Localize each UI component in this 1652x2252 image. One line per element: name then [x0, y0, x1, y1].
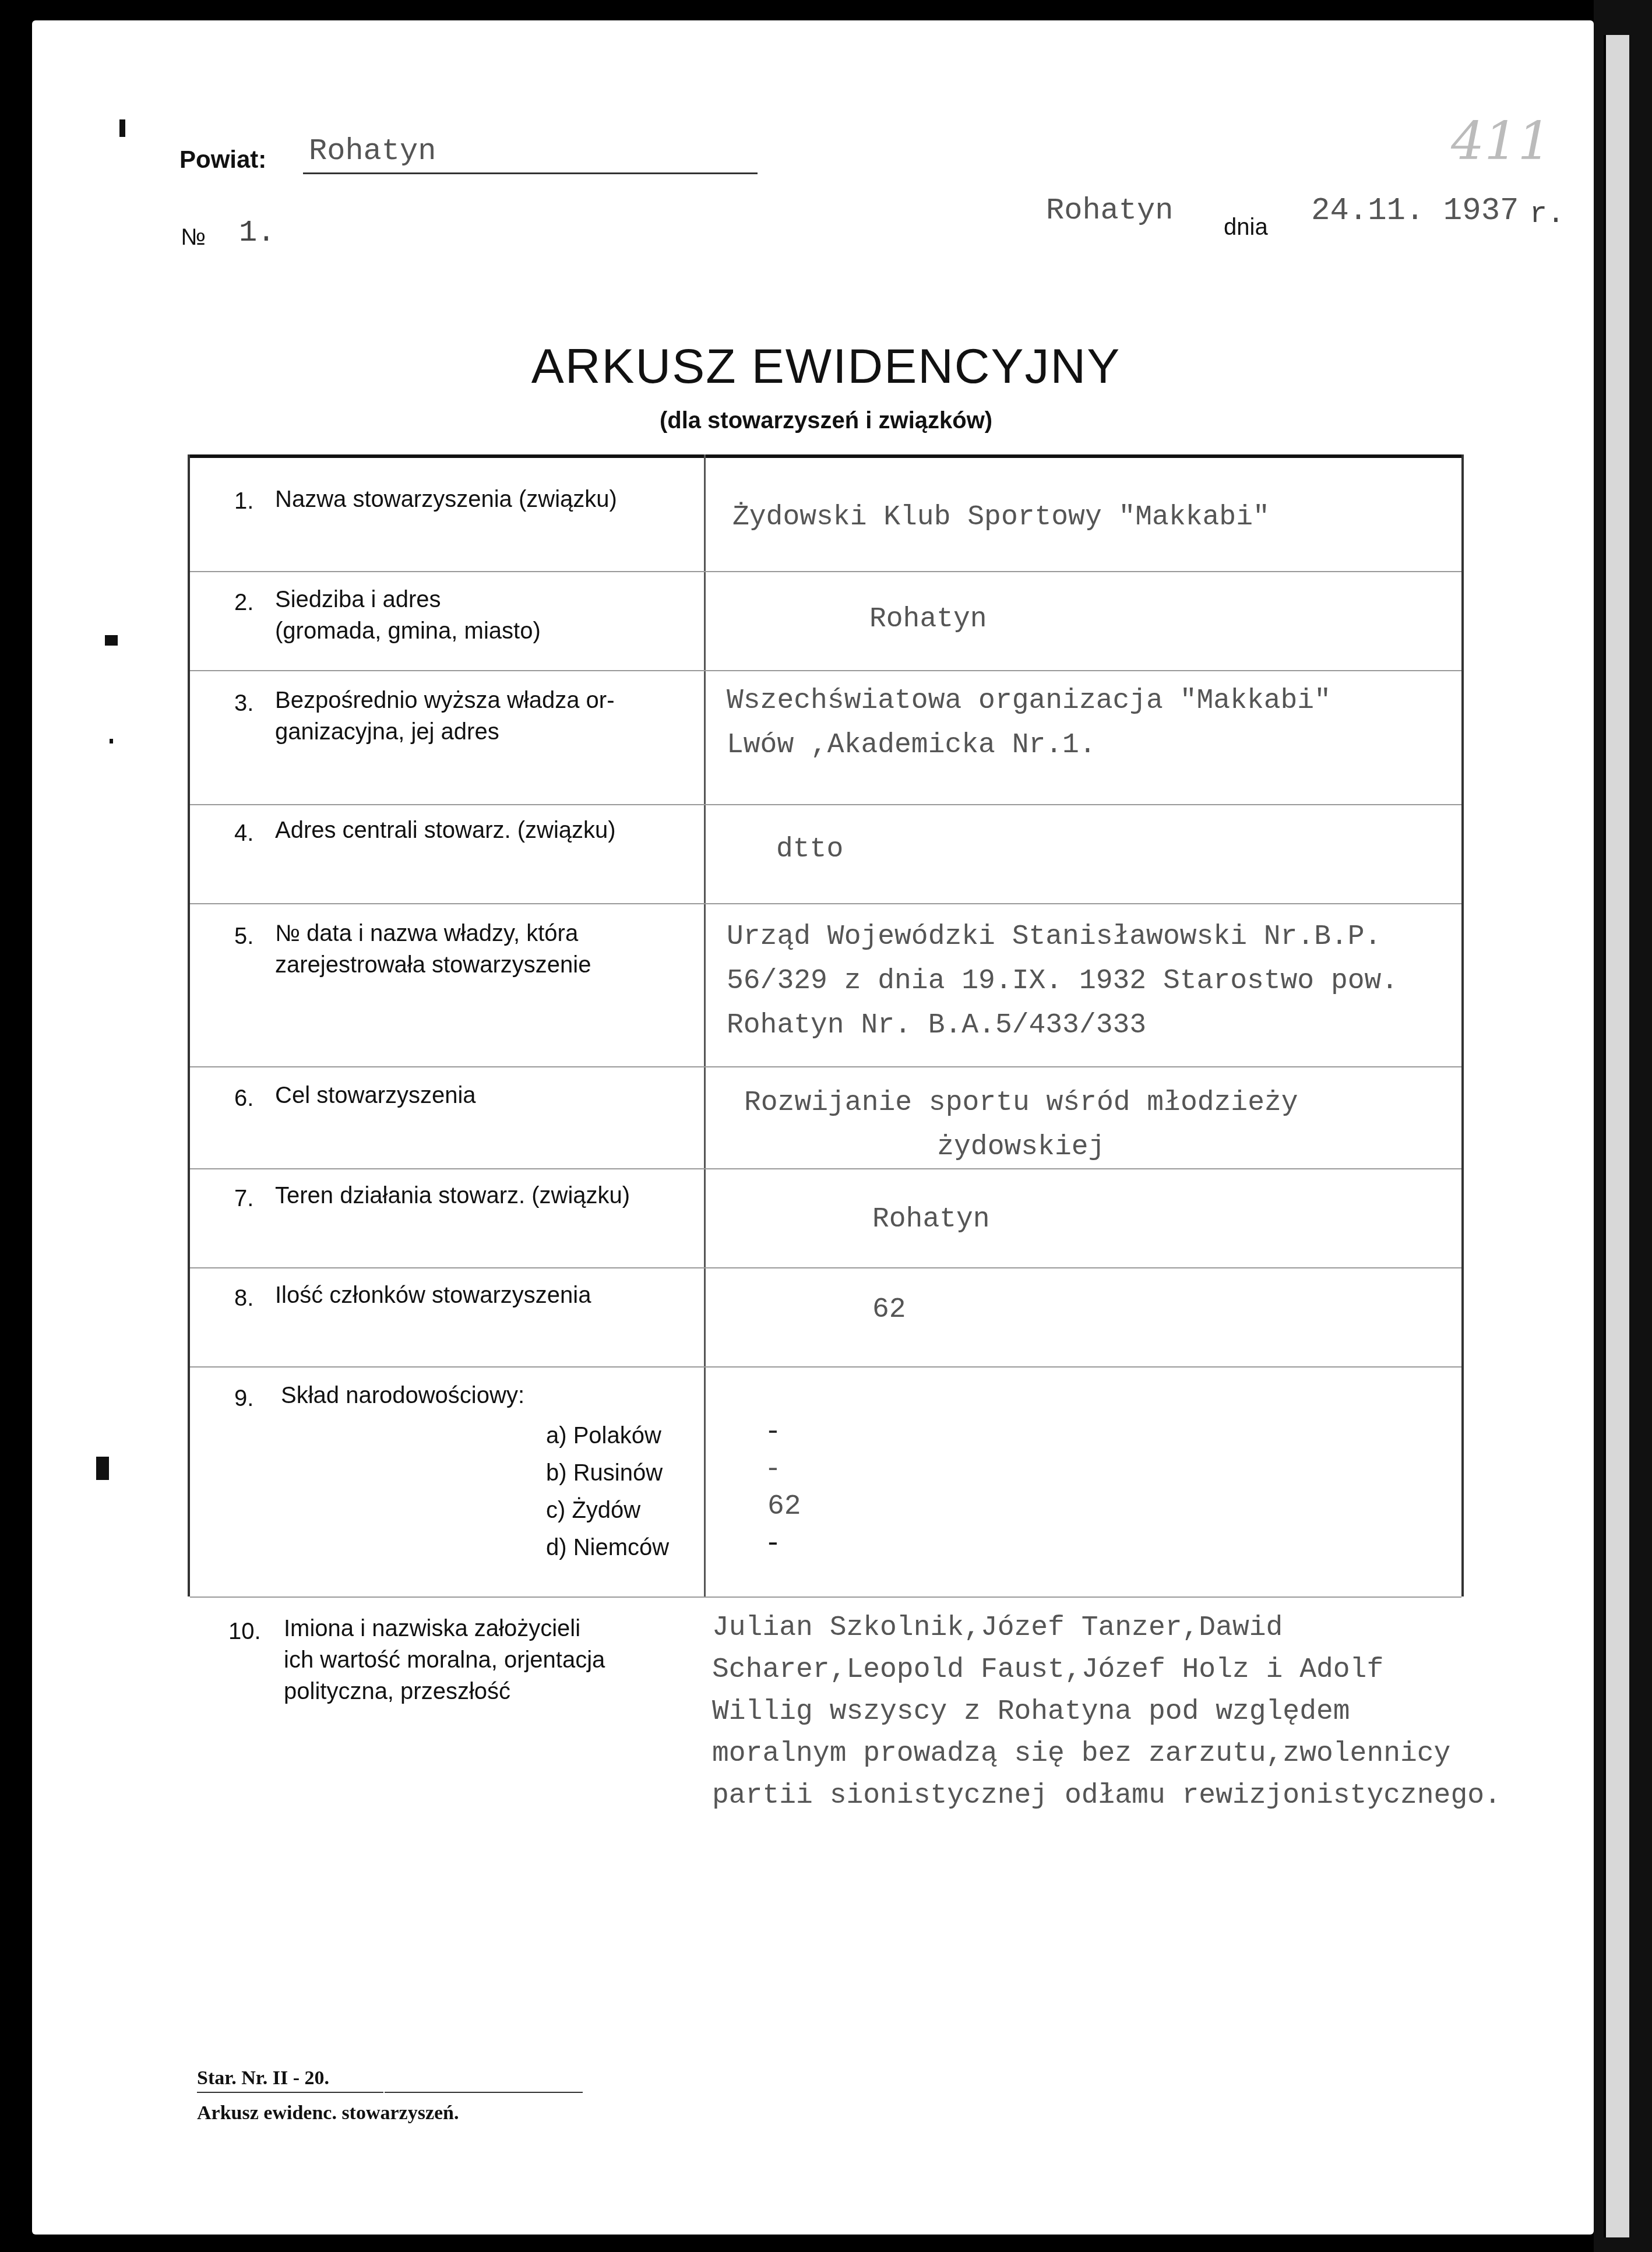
row-label: Adres centrali stowarz. (związku) [275, 815, 616, 846]
row-value: Rohatyn [869, 597, 987, 642]
scan-speck [105, 635, 118, 646]
handwritten-note: 411 [1451, 111, 1551, 172]
row-value: Wszechświatowa organizacja "Makkabi" Lwó… [727, 679, 1331, 767]
powiat-underline [303, 172, 758, 174]
form-number: Star. Nr. II - 20. [197, 2067, 329, 2089]
powiat-label: Powiat: [179, 146, 266, 174]
row-divider [190, 571, 1461, 572]
row-number: 2. [234, 590, 253, 616]
number-value: 1. [239, 216, 275, 250]
row-number: 8. [234, 1285, 253, 1312]
row-label: Ilość członków stowarzyszenia [275, 1280, 591, 1311]
row-divider [190, 903, 1461, 904]
row-label: Cel stowarzyszenia [275, 1080, 476, 1111]
footer-underline [385, 2092, 583, 2093]
nationality-label-german: d) Niemców [546, 1535, 669, 1561]
table-top-border [188, 454, 1464, 458]
nationality-value-german: - [765, 1522, 781, 1566]
row-value: Julian Szkolnik,Józef Tanzer,Dawid Schar… [712, 1607, 1501, 1817]
row-divider [190, 1267, 1461, 1268]
dnia-label: dnia [1224, 214, 1268, 241]
row-number: 4. [234, 820, 253, 847]
row-value: dtto [776, 827, 843, 872]
form-name: Arkusz ewidenc. stowarzyszeń. [197, 2102, 459, 2124]
row-number: 7. [234, 1186, 253, 1212]
row-number: 5. [234, 924, 253, 950]
page-title: ARKUSZ EWIDENCYJNY [0, 338, 1652, 394]
row-number: 10. [228, 1619, 261, 1645]
row-divider [190, 1066, 1461, 1067]
row-number: 1. [234, 488, 253, 514]
scan-speck [96, 1457, 109, 1480]
nationality-label-jewish: c) Żydów [546, 1497, 640, 1524]
year-suffix: r. [1530, 198, 1565, 231]
nationality-label-polish: a) Polaków [546, 1423, 661, 1449]
row-value: Rozwijanie sportu wśród młodzieży żydows… [744, 1081, 1298, 1169]
row-label: Skład narodowościowy: [281, 1380, 524, 1411]
row-number: 9. [234, 1386, 253, 1412]
row-label: Nazwa stowarzyszenia (związku) [275, 484, 617, 515]
table-right-border [1461, 454, 1464, 1597]
row-divider [190, 804, 1461, 805]
row-label: Bezpośrednio wyższa władza or- ganizacyj… [275, 685, 614, 748]
row-value: Rohatyn [872, 1197, 990, 1242]
place-value: Rohatyn [1046, 193, 1173, 228]
date-value: 24.11. 1937 [1311, 193, 1519, 229]
row-label: № data i nazwa władzy, która zarejestrow… [275, 918, 591, 981]
row-label: Teren działania stowarz. (związku) [275, 1180, 630, 1211]
scan-speck [119, 119, 125, 137]
registry-table: 1. Nazwa stowarzyszenia (związku) Żydows… [188, 454, 1464, 1614]
footer-underline [197, 2092, 383, 2093]
table-left-border [188, 454, 190, 1597]
row-divider [190, 1366, 1461, 1368]
table-column-divider [704, 454, 706, 1597]
row-number: 3. [234, 690, 253, 717]
row-label: Imiona i nazwiska założycieli ich wartoś… [284, 1613, 605, 1707]
page-subtitle: (dla stowarzyszeń i związków) [0, 408, 1652, 434]
row-value: Żydowski Klub Sportowy "Makkabi" [732, 495, 1270, 540]
number-label: № [181, 224, 206, 251]
row-divider [190, 670, 1461, 671]
row-value: 62 [872, 1288, 906, 1332]
nationality-label-ruthenian: b) Rusinów [546, 1460, 663, 1486]
powiat-value: Rohatyn [309, 134, 436, 168]
row-number: 6. [234, 1086, 253, 1112]
scan-speck [110, 739, 113, 743]
row-divider [190, 1597, 1461, 1598]
row-label: Siedziba i adres (gromada, gmina, miasto… [275, 584, 541, 647]
row-value: Urząd Wojewódzki Stanisławowski Nr.B.P. … [727, 915, 1398, 1048]
